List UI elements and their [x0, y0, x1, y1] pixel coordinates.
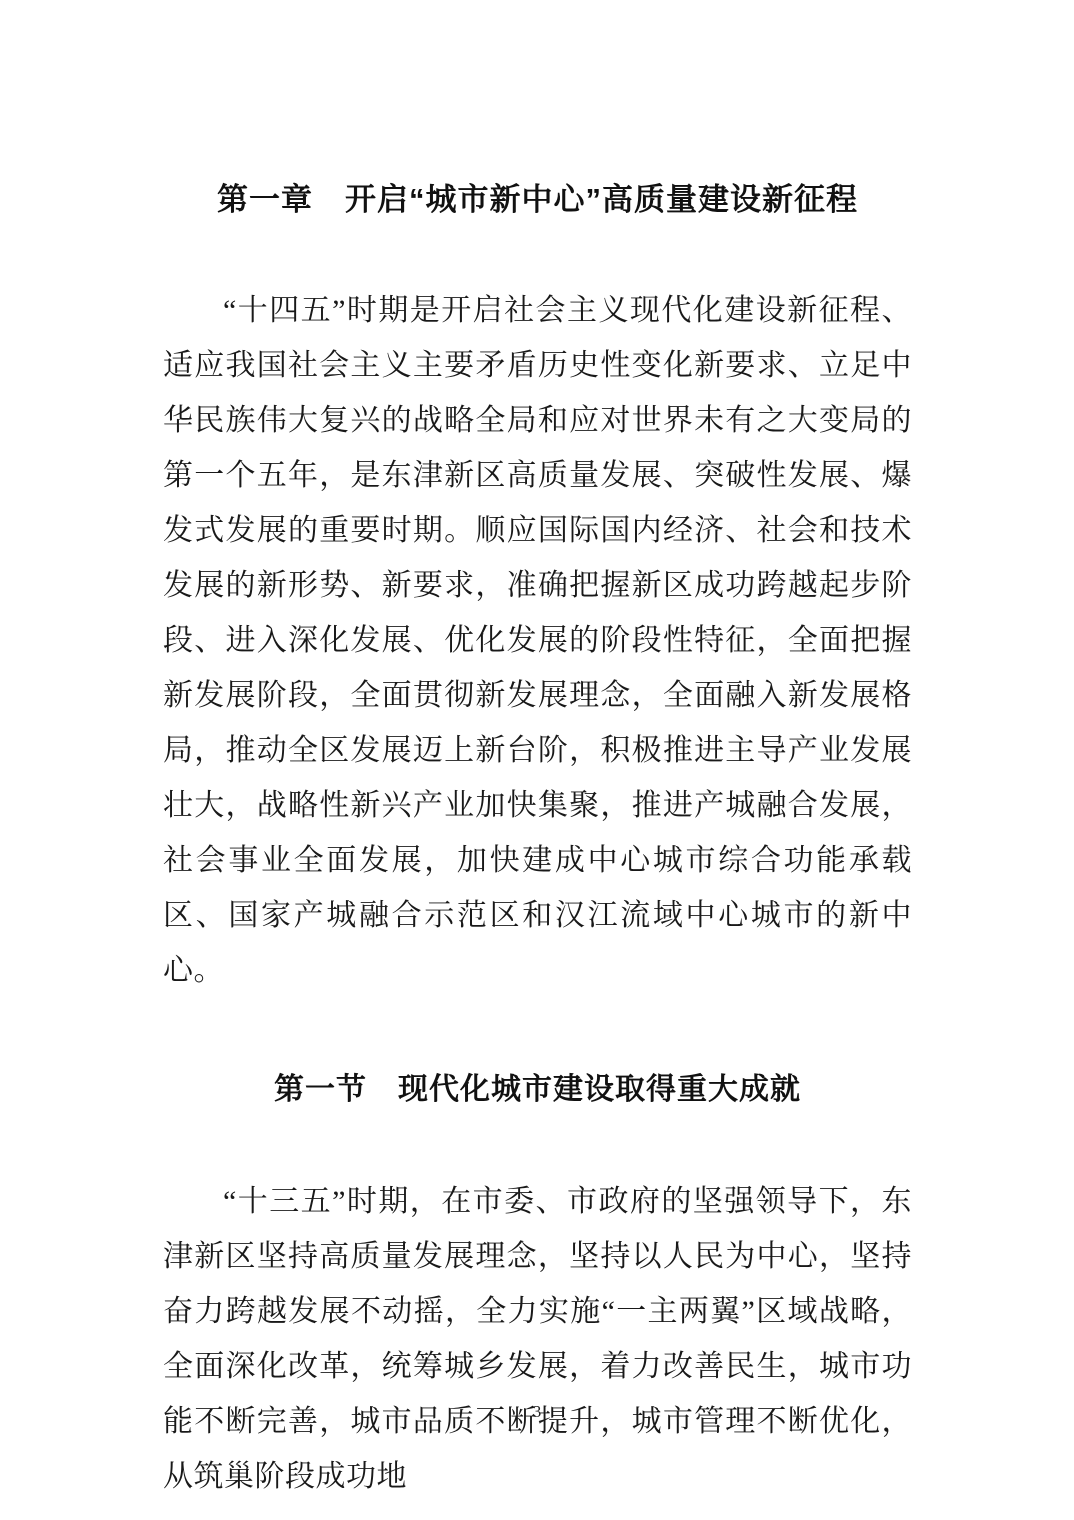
paragraph-chapter-intro: “十四五”时期是开启社会主义现代化建设新征程、适应我国社会主义主要矛盾历史性变化… — [163, 283, 912, 998]
chapter-title: 第一章 开启“城市新中心”高质量建设新征程 — [163, 179, 912, 221]
paragraph-section-body: “十三五”时期，在市委、市政府的坚强领导下，东津新区坚持高质量发展理念，坚持以人… — [163, 1174, 912, 1504]
document-page: 第一章 开启“城市新中心”高质量建设新征程 “十四五”时期是开启社会主义现代化建… — [0, 0, 1074, 1520]
page-number: 3 — [0, 1400, 1074, 1424]
section-title: 第一节 现代化城市建设取得重大成就 — [163, 1068, 912, 1112]
